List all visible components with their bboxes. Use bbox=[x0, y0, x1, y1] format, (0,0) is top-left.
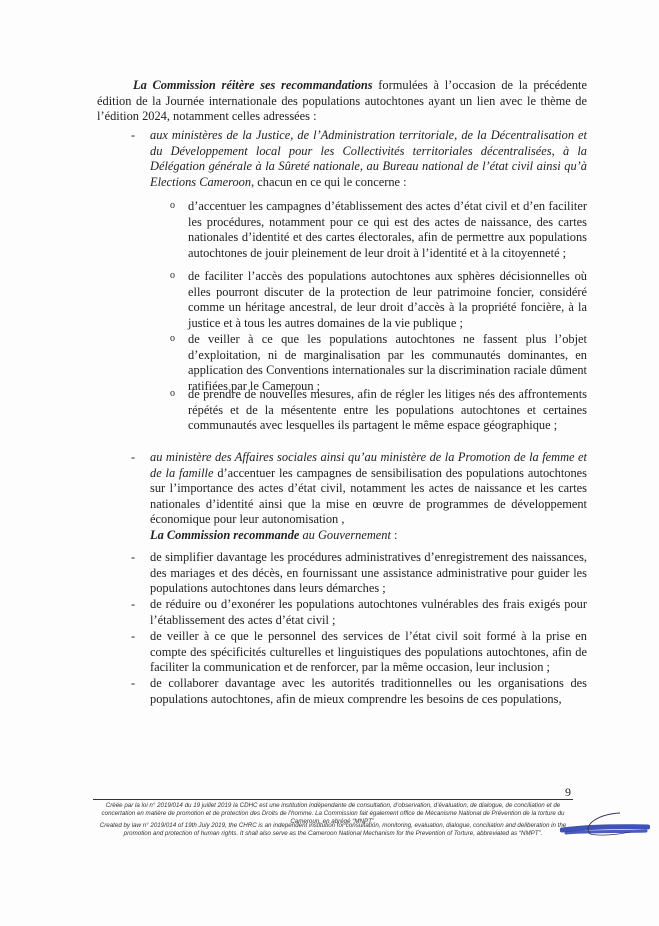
addressee-text: d’accentuer les campagnes de sensibilisa… bbox=[150, 466, 587, 527]
intro-paragraph: La Commission réitère ses recommandation… bbox=[97, 78, 587, 125]
intro-bold-lead: La Commission réitère ses recommandation… bbox=[133, 78, 373, 92]
bullet-dash: - bbox=[131, 676, 135, 691]
document-page: La Commission réitère ses recommandation… bbox=[0, 0, 659, 926]
sub-item: d’accentuer les campagnes d’établissemen… bbox=[188, 199, 587, 261]
bullet-dash: - bbox=[131, 629, 135, 644]
recommendation-item: de simplifier davantage les procédures a… bbox=[150, 550, 587, 597]
addressee-item: au ministère des Affaires sociales ainsi… bbox=[150, 450, 587, 528]
footer-divider bbox=[93, 799, 573, 800]
sub-item: de prendre de nouvelles mesures, afin de… bbox=[188, 387, 587, 434]
bullet-dash: - bbox=[131, 550, 135, 565]
footer-english: Created by law n° 2019/014 of 19th July … bbox=[93, 822, 573, 838]
addressee-text: , chacun en ce qui le concerne : bbox=[251, 175, 407, 189]
addressee-item: aux ministères de la Justice, de l’Admin… bbox=[150, 128, 587, 190]
recommendation-item: de réduire ou d’exonérer les populations… bbox=[150, 597, 587, 628]
recommendation-item: de veiller à ce que le personnel des ser… bbox=[150, 629, 587, 676]
sub-item: de veiller à ce que les populations auto… bbox=[188, 332, 587, 394]
bullet-circle: o bbox=[170, 333, 175, 344]
bullet-circle: o bbox=[170, 388, 175, 399]
bullet-circle: o bbox=[170, 270, 175, 281]
page-number: 9 bbox=[565, 785, 571, 800]
bullet-dash: - bbox=[131, 597, 135, 612]
bullet-dash: - bbox=[131, 128, 135, 143]
recommendation-italic-rest: au Gouvernement bbox=[299, 528, 391, 542]
recommendation-item: de collaborer davantage avec les autorit… bbox=[150, 676, 587, 707]
recommendation-bold-lead: La Commission recommande bbox=[150, 528, 299, 542]
recommendation-heading: La Commission recommande au Gouvernement… bbox=[150, 528, 397, 544]
bullet-dash: - bbox=[131, 450, 135, 465]
signature-icon bbox=[560, 810, 650, 840]
bullet-circle: o bbox=[170, 200, 175, 211]
recommendation-colon: : bbox=[391, 528, 398, 542]
sub-item: de faciliter l’accès des populations aut… bbox=[188, 269, 587, 331]
